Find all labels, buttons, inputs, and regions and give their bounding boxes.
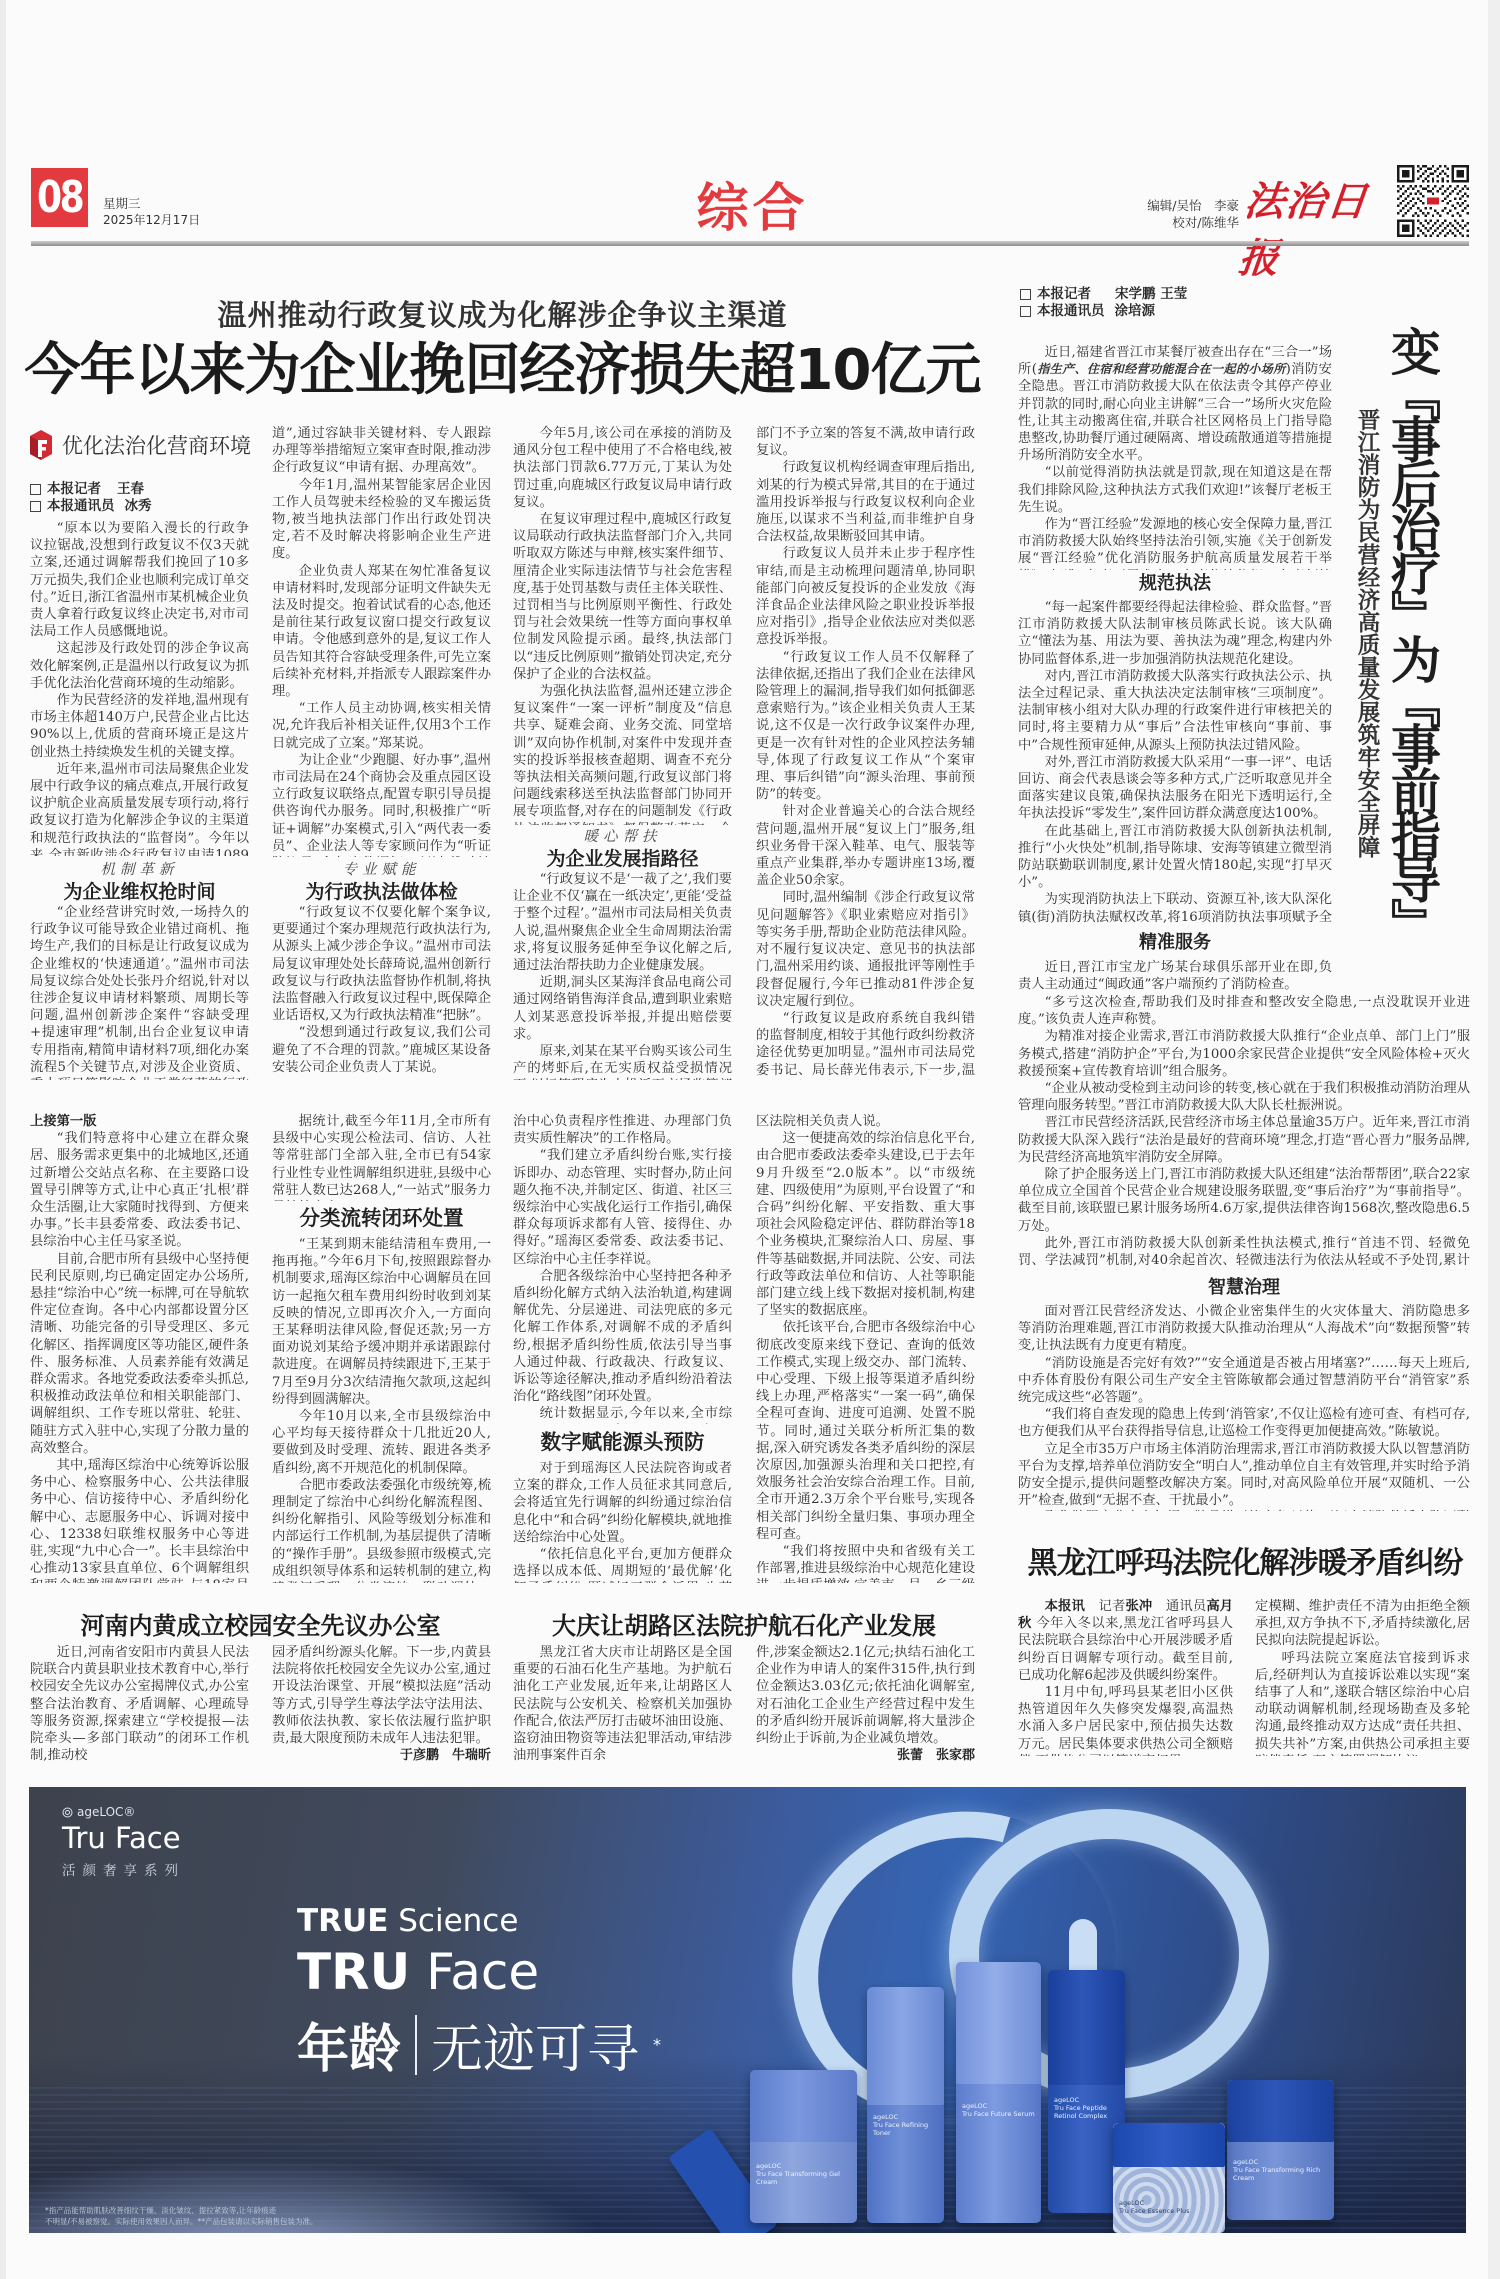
paragraph: “行政复议工作人员不仅解释了法律依据,还指出了我们企业在法律风险管理上的漏洞,指… — [756, 649, 975, 804]
paragraph: 近年来,温州市司法局聚焦企业发展中行政争议的痛点难点,开展行政复议护航企业高质量… — [30, 761, 249, 856]
product-cap — [867, 1987, 944, 2105]
brief-col-b: 园矛盾纠纷源头化解。下一步,内黄县法院将依托校园安全先议办公室,通过开设法治课堂… — [272, 1644, 491, 1769]
paragraph: 作为民营经济的发祥地,温州现有市场主体超140万户,民营企业占比达90%以上,优… — [30, 692, 249, 761]
product-label: ageLOCTru Face Transforming Gel Cream — [756, 2162, 853, 2186]
editor-credit: 编辑/吴怡 李豪 — [1147, 196, 1239, 214]
paragraph: 统计数据显示,今年以来,全市综治中心化解矛盾纠纷成功率超过95%,大量矛盾在基层… — [513, 1405, 732, 1424]
product-cap — [750, 2070, 857, 2142]
paragraph: 据统计,截至今年11月,全市所有县级中心实现公检法司、信访、人社等常驻部门全部入… — [272, 1113, 491, 1201]
paragraph: 为实现消防执法上下联动、资源互补,该大队深化镇(街)消防执法赋权改革,将16项消… — [1018, 891, 1332, 927]
paragraph: 同时,温州编制《涉企行政复议常见问题解答》《职业索赔应对指引》等实务手册,帮助企… — [756, 889, 975, 1009]
lead-subhead-2: 专业赋能 为行政执法做体检 — [272, 861, 491, 904]
paragraph: “多亏这次检查,帮助我们及时排查和整改安全隐患,一点没耽误开业进度。”该负责人连… — [1018, 994, 1470, 1028]
paragraph: 近日,福建省晋江市某餐厅被查出存在“三合一”场所(指生产、住宿和经营功能混合在一… — [1018, 344, 1332, 464]
paragraph: 11月中旬,呼玛县某老旧小区供热管道因年久失修突发爆裂,高温热水涌入多户居民家中… — [1018, 1684, 1233, 1756]
masthead-logo: 法治日报 — [1236, 170, 1398, 284]
feature-subhead-2: 精准服务 — [1018, 931, 1332, 955]
paragraph-text: 今年入冬以来,黑龙江省呼玛县人民法院联合县综治中心开展涉暖矛盾纠纷百日调解专项行… — [1018, 1616, 1233, 1683]
paragraph: 对于到瑶海区人民法院咨询或者立案的群众,工作人员征求其同意后,会将适宜先行调解的… — [513, 1460, 732, 1546]
paragraph: 目前,合肥市所有县级中心坚持便民利民原则,均已确定固定办公场所,悬挂“综治中心”… — [30, 1251, 249, 1457]
tagline-light: Science — [398, 1903, 518, 1939]
tagline-bold: TRU — [297, 1943, 410, 2001]
page-edge-right — [1488, 0, 1500, 2279]
brief-byline: 于彦鹏 牛瑞昕 — [272, 1747, 491, 1764]
paragraph: 对外,晋江市消防救援大队采用“一事一评”、电话回访、商会代表恳谈会等多种方式,广… — [1018, 754, 1332, 823]
feature-subhead-3: 智慧治理 — [1018, 1275, 1470, 1301]
product-cap — [1227, 2080, 1334, 2142]
paragraph-continued: 区法院相关负责人说。 — [756, 1113, 975, 1130]
paragraph-continued: 道”,通过容缺非关键材料、专人跟踪办理等举措缩短立案审查时限,推动涉企行政复议“… — [272, 425, 491, 477]
hexagon-f-logo-icon — [30, 430, 52, 460]
byline-role: 本报记者 — [47, 481, 101, 498]
byline: 本报记者王春 — [30, 481, 152, 498]
paragraph: 针对企业普遍关心的合法合规经营问题,温州开展“复议上门”服务,组织业务骨干深入鞋… — [756, 803, 975, 889]
feature-text-d: “多亏这次检查,帮助我们及时排查和整改安全隐患,一点没耽误开业进度。”该负责人连… — [1018, 994, 1470, 1270]
paragraph: 合肥各级综治中心坚持把各种矛盾纠纷化解方式纳入法治轨道,构建调解优先、分层递进、… — [513, 1268, 732, 1406]
lead-col-2-bottom: “行政复议不仅要化解个案争议,更要通过个案办理规范行政执法行为,从源头上减少涉企… — [272, 904, 491, 1080]
paragraph: 企业负责人郑某在匆忙准备复议申请材料时,发现部分证明文件缺失无法及时提交。抱着试… — [272, 563, 491, 701]
label-brand: ageLOC — [873, 2113, 940, 2121]
paragraph: 近日,晋江市宝龙广场某台球俱乐部开业在即,负责人主动通过“闽政通”客户端预约了消… — [1018, 959, 1332, 993]
paragraph: 除了护企服务送上门,晋江市消防救援大队还组建“法治帮帮团”,联合22家单位成立全… — [1018, 1166, 1470, 1235]
paragraph: 行政复议人员并未止步于程序性审结,而是主动梳理问题清单,协同职能部门向被反复投诉… — [756, 545, 975, 648]
lead-col-4: 部门不予立案的答复不满,故申请行政复议。 行政复议机构经调查审理后指出,刘某的行… — [756, 425, 975, 1080]
brief-byline: 张蕾 张家郡 — [756, 1747, 975, 1764]
lead-col-3-bottom: “行政复议不是‘一裁了之’,我们要让企业不仅‘赢在一纸决定’,更能‘受益于整个过… — [513, 871, 732, 1080]
paragraph: “没想到通过行政复议,我们公司避免了不合理的罚款。”鹿城区某设备安装公司企业负责… — [272, 1024, 491, 1076]
paragraph: “行政复议不仅要化解个案争议,更要通过个案办理规范行政执法行为,从源头上减少涉企… — [272, 904, 491, 1024]
slogan: 年龄 无迹可寻* — [297, 2007, 661, 2082]
paragraph-continued: 治中心负责程序性推进、办理部门负责实质性解决”的工作格局。 — [513, 1113, 732, 1147]
paragraph-text: )消防安全隐患。晋江市消防救援大队在依法责令其停产停业并罚款的同时,耐心向业主讲… — [1018, 362, 1332, 463]
byline: 本报记者宋学鹏 王莹 — [1020, 286, 1187, 303]
continued-from-label: 上接第一版 — [30, 1113, 249, 1130]
header-divider — [31, 241, 1469, 246]
product-label: ageLOCTru Face Refining Toner — [873, 2113, 940, 2137]
label-brand: ageLOC — [756, 2162, 853, 2170]
checkbox-square-icon — [1020, 306, 1031, 317]
paragraph: 依托该平台,合肥市各级综治中心彻底改变原来线下登记、查询的低效工作模式,实现上级… — [756, 1319, 975, 1543]
product-label: ageLOCTru Face Transforming Rich Cream — [1233, 2158, 1330, 2182]
page-number-badge: 08 — [31, 168, 88, 227]
series-name: 活颜奢享系列 — [62, 1859, 185, 1879]
byline-role: 本报通讯员 — [47, 498, 115, 515]
paragraph: “以前觉得消防执法就是罚款,现在知道这是在帮我们排除风险,这种执法方式我们欢迎!… — [1018, 464, 1332, 516]
reporter-name: 张冲 — [1125, 1599, 1152, 1614]
paragraph: “企业经营讲究时效,一场持久的行政争议可能导致企业错过商机、拖垮生产,我们的目标… — [30, 904, 249, 1080]
feature-subheadline-vertical: 晋江消防为民营经济高质量发展筑牢安全屏障 — [1354, 408, 1380, 858]
paragraph: 近期,洞头区某海洋食品电商公司通过网络销售海洋食品,遭到职业索赔人刘某恶意投诉举… — [513, 974, 732, 1043]
paragraph: 为让企业“少跑腿、好办事”,温州市司法局在24个商协会及重点园区设立行政复议联络… — [272, 752, 491, 857]
checkbox-square-icon — [1020, 289, 1031, 300]
product-label: ageLOCTru Face Peptide Retinol Complex — [1054, 2096, 1121, 2120]
paragraph: “原本以为要陷入漫长的行政争议拉锯战,没想到行政复议不仅3天就立案,还通过调解帮… — [30, 520, 249, 640]
byline-role: 本报通讯员 — [1037, 303, 1105, 320]
subhead-title: 为行政执法做体检 — [272, 880, 491, 904]
byline-name: 宋学鹏 王莹 — [1115, 286, 1187, 303]
paragraph: 对内,晋江市消防救援大队落实行政执法公示、执法全过程记录、重大执法决定法制审核“… — [1018, 668, 1332, 754]
paragraph: “王某到期末能结清租车费用,一拖再拖。”今年6月下旬,按照跟踪督办机制要求,瑶海… — [272, 1236, 491, 1408]
tagline-light: Face — [426, 1943, 539, 2001]
feature-text-a: 近日,福建省晋江市某餐厅被查出存在“三合一”场所(指生产、住宿和经营功能混合在一… — [1018, 344, 1332, 570]
label-brand: ageLOC — [962, 2102, 1037, 2110]
byline-name: 涂培源 — [1115, 303, 1156, 320]
byline-name: 冰秀 — [125, 498, 152, 515]
subhead-title: 为企业维权抢时间 — [30, 880, 249, 904]
product-cap — [956, 1962, 1041, 2084]
continuation-col-3-top: 治中心负责程序性推进、办理部门负责实质性解决”的工作格局。 “我们建立矛盾纠纷台… — [513, 1113, 732, 1424]
ad-fine-print: *指产品能帮助肌肤改善细纹干燥、淡化皱纹、提拉紧致等,让年龄痕迹 不明显/不易被… — [45, 2205, 318, 2227]
brief-headline: 河南内黄成立校园安全先议办公室 — [30, 1611, 491, 1641]
paragraph: “我们将按照中央和省级有关工作部署,推进县级综治中心规范化建设进一步提质增效,完… — [756, 1543, 975, 1583]
lead-bylines: 本报记者王春 本报通讯员冰秀 — [30, 481, 152, 515]
continuation-col-2-top: 据统计,截至今年11月,全市所有县级中心实现公检法司、信访、人社等常驻部门全部入… — [272, 1113, 491, 1201]
feature-headline-vertical: 变『事后治疗』为『事前指导』 — [1382, 326, 1442, 942]
continuation-subhead-1: 分类流转闭环处置 — [272, 1204, 491, 1232]
brand-logo: ageLOC® — [62, 1805, 135, 1819]
fine-print-line: *指产品能帮助肌肤改善细纹干燥、淡化皱纹、提拉紧致等,让年龄痕迹 — [45, 2205, 318, 2216]
product-toner-bottle: ageLOCTru Face Refining Toner — [867, 1987, 944, 2223]
feature-bylines: 本报记者宋学鹏 王莹 本报通讯员涂培源 — [1020, 286, 1187, 320]
label-name: Tru Face Peptide Retinol Complex — [1054, 2104, 1121, 2120]
product-label: ageLOCTru Face Essence Plus — [1119, 2199, 1221, 2215]
feature-text-c: 近日,晋江市宝龙广场某台球俱乐部开业在即,负责人主动通过“闽政通”客户端预约了消… — [1018, 959, 1332, 994]
checkbox-square-icon — [30, 484, 41, 495]
slogan-right: 无迹可寻 — [431, 2007, 639, 2082]
feature-text-b: “每一起案件都要经得起法律检验、群众监督。”晋江市消防救援大队法制审核员陈武长说… — [1018, 599, 1332, 927]
byline-name: 王春 — [117, 481, 144, 498]
label-name: Tru Face Transforming Gel Cream — [756, 2170, 853, 2186]
paragraph: 在复议审理过程中,鹿城区行政复议局联动行政执法监督部门介入,共同听取双方陈述与申… — [513, 511, 732, 683]
product-label: ageLOCTru Face Future Serum — [962, 2102, 1037, 2118]
subhead-kicker: 专业赋能 — [272, 861, 491, 880]
brief-col-b: 定模糊、维护责任不清为由拒绝全额承担,双方争执不下,矛盾持续激化,居民拟向法院提… — [1255, 1598, 1470, 1756]
paragraph: “消防设施是否完好有效?”“安全通道是否被占用堵塞?”……每天上班后,中乔体育股… — [1018, 1355, 1470, 1407]
brief-headline: 黑龙江呼玛法院化解涉暖矛盾纠纷 — [1010, 1545, 1480, 1583]
page-edge-left — [0, 0, 6, 2279]
paragraph: 在此基础上,晋江市消防救援大队创新执法机制,推行“小火快处”机制,指导陈埭、安海… — [1018, 823, 1332, 892]
agoloc-swirl-icon — [62, 1807, 73, 1818]
brief-col-b: 件,涉案金额达2.1亿元;执结石油化工企业作为申请人的案件315件,执行到位金额… — [756, 1644, 975, 1769]
paragraph: 本报讯 记者张冲 通讯员高月秋 今年入冬以来,黑龙江省呼玛县人民法院联合县综治中… — [1018, 1598, 1233, 1684]
label-name: Tru Face Essence Plus — [1119, 2207, 1221, 2215]
paragraph: 这起涉及行政处罚的涉企争议高效化解案例,正是温州以行政复议为抓手优化法治化营商环… — [30, 640, 249, 692]
tagline-2: TRU Face — [297, 1943, 539, 2001]
lead-subhead-1: 机制革新 为企业维权抢时间 — [30, 861, 249, 904]
paragraph: “每一起案件都要经得起法律检验、群众监督。”晋江市消防救援大队法制审核员陈武长说… — [1018, 599, 1332, 668]
tagline-1: TRUE Science — [297, 1903, 518, 1939]
paragraph: 为强化执法监督,温州还建立涉企复议案件“一案一评析”制度及“信息共享、疑难会商、… — [513, 683, 732, 825]
weekday: 星期三 — [103, 194, 141, 212]
product-cap — [1113, 2123, 1225, 2167]
footnote-mark: * — [653, 2035, 661, 2054]
subhead-title: 为企业发展指路径 — [513, 847, 732, 871]
brief-headline: 大庆让胡路区法院护航石化产业发展 — [513, 1611, 975, 1641]
subhead-kicker: 机制革新 — [30, 861, 249, 880]
paragraph: 晋江市民营经济活跃,民营经济市场主体总量逾35万户。近年来,晋江市消防救援大队深… — [1018, 1114, 1470, 1166]
feature-subhead-1: 规范执法 — [1018, 572, 1332, 596]
paragraph: “我们建立矛盾纠纷台账,实行接诉即办、动态管理、实时督办,防止问题久拖不决,并制… — [513, 1147, 732, 1267]
fine-print-line: 不明显/不易被察觉。实际使用效果因人而异。**产品包装请以实际销售包装为准。 — [45, 2216, 318, 2227]
feature-text-e: 面对晋江民营经济发达、小微企业密集伴生的火灾体量大、消防隐患多等消防治理难题,晋… — [1018, 1303, 1470, 1511]
paragraph: 今年5月,该公司在承接的消防及通风分包工程中使用了不合格电线,被执法部门罚款6.… — [513, 425, 732, 511]
product-line: Tru Face — [62, 1821, 181, 1855]
advertisement: ageLOC® Tru Face 活颜奢享系列 TRUE Science TRU… — [29, 1787, 1466, 2233]
brief-col-a: 近日,河南省安阳市内黄县人民法院联合内黄县职业技术教育中心,举行校园安全先议办公… — [30, 1644, 249, 1764]
continuation-col-2-bottom: “王某到期末能结清租车费用,一拖再拖。”今年6月下旬,按照跟踪督办机制要求,瑶海… — [272, 1236, 491, 1583]
paragraph-continued: 部门不予立案的答复不满,故申请行政复议。 — [756, 425, 975, 459]
paragraph: 聚焦鞋服产业中电气焊、鞋品烘干等高危环节,晋江市消防救援大队还联合市应急管理局创… — [1018, 1509, 1470, 1511]
paragraph: 行政复议机构经调查审理后指出,刘某的行为模式异常,其目的在于通过滥用投诉举报与行… — [756, 459, 975, 545]
paragraph: 此外,晋江市消防救援大队创新柔性执法模式,推行“首违不罚、轻微免罚、学法减罚”机… — [1018, 1235, 1470, 1270]
brief-col-a: 本报讯 记者张冲 通讯员高月秋 今年入冬以来,黑龙江省呼玛县人民法院联合县综治中… — [1018, 1598, 1233, 1756]
lead-headline: 今年以来为企业挽回经济损失超10亿元 — [20, 326, 985, 406]
paragraph: “工作人员主动协调,核实相关情况,允许我后补相关证件,仅用3个工作日就完成了立案… — [272, 700, 491, 752]
paragraph: 黑龙江省大庆市让胡路区是全国重要的石油石化生产基地。为护航石油化工产业发展,近年… — [513, 1644, 732, 1764]
product-cap — [1048, 1970, 1125, 2085]
continuation-col-1: 上接第一版 “我们特意将中心建立在群众聚居、服务需求更集中的北城地区,还通过新增… — [30, 1113, 249, 1583]
label-brand: ageLOC — [1233, 2158, 1330, 2166]
paragraph: 近日,河南省安阳市内黄县人民法院联合内黄县职业技术教育中心,举行校园安全先议办公… — [30, 1644, 249, 1764]
lead-col-1-top: “原本以为要陷入漫长的行政争议拉锯战,没想到行政复议不仅3天就立案,还通过调解帮… — [30, 520, 249, 856]
correspondent-label: 通讯员 — [1166, 1599, 1206, 1614]
slogan-left: 年龄 — [297, 2007, 401, 2082]
paragraph: 今年10月以来,全市县级综治中心平均每天接待群众十几批近20人,要做到及时受理、… — [272, 1408, 491, 1477]
paragraph-continued: 定模糊、维护责任不清为由拒绝全额承担,双方争执不下,矛盾持续激化,居民拟向法院提… — [1255, 1598, 1470, 1650]
column-tag-label: 优化法治化营商环境 — [62, 430, 251, 460]
parenthetical-note: 指生产、住宿和经营功能混合在一起的小场所 — [1037, 362, 1286, 376]
paragraph: “依托信息化平台,更加方便群众选择以成本低、周期短的‘最优解’化解矛盾纠纷,既减… — [513, 1546, 732, 1583]
checkbox-square-icon — [30, 501, 41, 512]
continuation-col-3-bottom: 对于到瑶海区人民法院咨询或者立案的群众,工作人员征求其同意后,会将适宜先行调解的… — [513, 1460, 732, 1583]
label-name: Tru Face Transforming Rich Cream — [1233, 2166, 1330, 2182]
paragraph-continued: 件,涉案金额达2.1亿元;执结石油化工企业作为申请人的案件315件,执行到位金额… — [756, 1644, 975, 1747]
paragraph: “行政复议不是‘一裁了之’,我们要让企业不仅‘赢在一纸决定’,更能‘受益于整个过… — [513, 871, 732, 974]
product-gel-cream-jar: ageLOCTru Face Transforming Gel Cream — [750, 2070, 857, 2223]
paragraph: 今年1月,温州某智能家居企业因工作人员驾驶未经检验的叉车搬运货物,被当地执法部门… — [272, 477, 491, 563]
product-essence-capsule-jar: ageLOCTru Face Essence Plus — [1113, 2123, 1225, 2233]
product-serum-bottle: ageLOCTru Face Future Serum — [956, 1962, 1041, 2223]
byline-role: 本报记者 — [1037, 286, 1091, 303]
lead-subhead-3: 暖心帮扶 为企业发展指路径 — [513, 828, 732, 871]
dateline: 本报讯 — [1045, 1599, 1085, 1614]
page-number: 08 — [37, 172, 82, 223]
paragraph: 作为“晋江经验”发源地的核心安全保障力量,晋江市消防救援大队始终坚持法治引领,实… — [1018, 516, 1332, 570]
label-brand: ageLOC — [1054, 2096, 1121, 2104]
label-name: Tru Face Future Serum — [962, 2110, 1037, 2118]
continuation-subhead-2: 数字赋能源头预防 — [513, 1428, 732, 1456]
paragraph-continued: 园矛盾纠纷源头化解。下一步,内黄县法院将依托校园安全先议办公室,通过开设法治课堂… — [272, 1644, 491, 1747]
label-brand: ageLOC — [1119, 2199, 1221, 2207]
paragraph: 合肥市委政法委强化市级统筹,梳理制定了综治中心纠纷化解流程图、纠纷化解指引、风险… — [272, 1477, 491, 1583]
continuation-col-4: 区法院相关负责人说。 这一便捷高效的综治信息化平台,由合肥市委政法委牵头建设,已… — [756, 1113, 975, 1583]
reporter-label: 记者 — [1099, 1599, 1126, 1614]
brand-name: ageLOC® — [77, 1805, 135, 1819]
lead-col-3-top: 今年5月,该公司在承接的消防及通风分包工程中使用了不合格电线,被执法部门罚款6.… — [513, 425, 732, 825]
paragraph: 原来,刘某在某平台购买该公司生产的烤虾后,在无实质权益受损情况下,以标签瑕疵为由… — [513, 1043, 732, 1080]
tagline-bold: TRUE — [297, 1903, 388, 1939]
product-rich-cream-jar: ageLOCTru Face Transforming Rich Cream — [1227, 2080, 1334, 2220]
paragraph: 呼玛法院立案庭法官接到诉求后,经研判认为直接诉讼难以实现“案结事了人和”,遂联合… — [1255, 1650, 1470, 1756]
paragraph: 面对晋江民营经济发达、小微企业密集伴生的火灾体量大、消防隐患多等消防治理难题,晋… — [1018, 1303, 1470, 1355]
subhead-kicker: 暖心帮扶 — [513, 828, 732, 847]
paragraph: 这一便捷高效的综治信息化平台,由合肥市委政法委牵头建设,已于去年9月升级至“2.… — [756, 1130, 975, 1319]
qr-code-icon — [1397, 165, 1469, 237]
brief-col-a: 黑龙江省大庆市让胡路区是全国重要的石油石化生产基地。为护航石油化工产业发展,近年… — [513, 1644, 732, 1764]
label-name: Tru Face Refining Toner — [873, 2121, 940, 2137]
paragraph: 为精准对接企业需求,晋江市消防救援大队推行“企业点单、部门上门”服务模式,搭建“… — [1018, 1028, 1470, 1080]
paragraph: 立足全市35万户市场主体消防治理需求,晋江市消防救援大队以智慧消防平台为支撑,培… — [1018, 1441, 1470, 1510]
slogan-divider — [415, 2015, 417, 2075]
byline: 本报通讯员冰秀 — [30, 498, 152, 515]
issue-date: 2025年12月17日 — [103, 211, 200, 228]
lead-col-2-top: 道”,通过容缺非关键材料、专人跟踪办理等举措缩短立案审查时限,推动涉企行政复议“… — [272, 425, 491, 857]
lead-col-1-bottom: “企业经营讲究时效,一场持久的行政争议可能导致企业错过商机、拖垮生产,我们的目标… — [30, 904, 249, 1080]
paragraph: “企业从被动受检到主动问诊的转变,核心就在于我们积极推动消防治理从管理向服务转型… — [1018, 1080, 1470, 1114]
section-title: 综合 — [680, 166, 825, 241]
column-tag: 优化法治化营商环境 — [30, 430, 251, 460]
proofreader-credit: 校对/陈维华 — [1172, 213, 1239, 231]
paragraph: 其中,瑶海区综治中心统筹诉讼服务中心、检察服务中心、公共法律服务中心、信访接待中… — [30, 1457, 249, 1583]
byline: 本报通讯员涂培源 — [1020, 303, 1187, 320]
paragraph: “行政复议是政府系统自我纠错的监督制度,相较于其他行政纠纷救济途径优势更加明显。… — [756, 1010, 975, 1080]
paragraph: “我们特意将中心建立在群众聚居、服务需求更集中的北城地区,还通过新增公交站点名称… — [30, 1130, 249, 1250]
paragraph: “我们将自查发现的隐患上传到‘消管家’,不仅让巡检有迹可查、有档可存,也方便我们… — [1018, 1406, 1470, 1440]
